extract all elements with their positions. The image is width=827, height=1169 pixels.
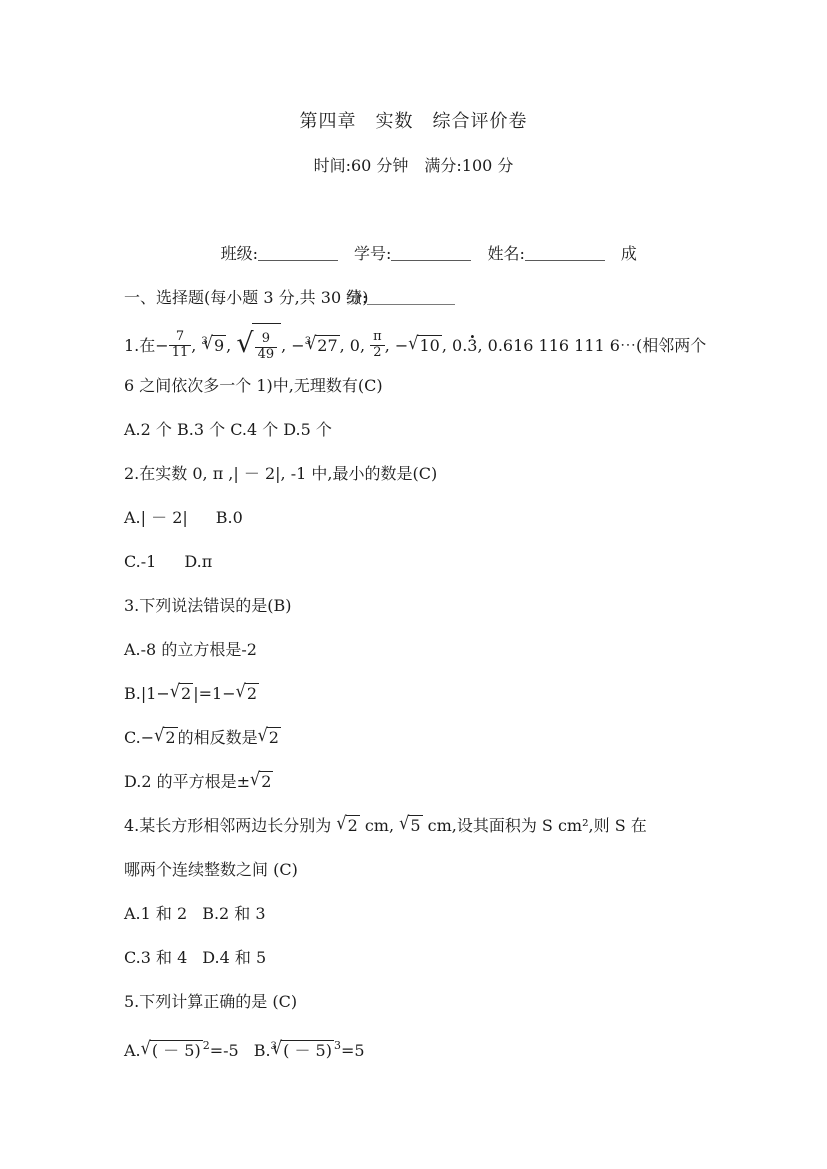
text-run: A.-8 的立方根是-2 [124, 640, 257, 659]
paper-title: 第四章 实数 综合评价卷 [0, 100, 827, 144]
text-run: 一、选择题(每小题 3 分,共 30 分) [124, 288, 368, 307]
superscript-exponent: 2 [203, 1039, 210, 1052]
fraction-denominator: 2 [370, 346, 385, 361]
square-root: √2 [336, 816, 359, 835]
score-blank-line [367, 290, 455, 305]
class-label: 班级: [221, 244, 258, 263]
text-run: B.|1− [124, 684, 170, 703]
text-run: 的相反数是 [178, 728, 258, 747]
radicand: 2 [346, 815, 360, 835]
square-root: √2 [154, 728, 177, 747]
overdot-mark: · [470, 329, 476, 345]
fraction: 711 [169, 330, 192, 361]
student-number-blank-line [391, 246, 471, 261]
radicand: 2 [245, 683, 259, 703]
square-root: √10 [408, 336, 442, 355]
text-run: , − [385, 336, 409, 355]
test-paper-page: 第四章 实数 综合评价卷 时间:60 分钟 满分:100 分 班级:学号:姓名:… [0, 0, 827, 1169]
name-label: 姓名: [487, 244, 524, 263]
class-blank-line [258, 246, 338, 261]
text-run: D.4 和 5 [202, 948, 266, 967]
text-run: D.2 的平方根是± [124, 772, 250, 791]
cube-root: 3√9 [201, 336, 226, 355]
radical-sign: √ [258, 711, 268, 760]
text-run: 6 之间依次多一个 1)中,无理数有(C) [124, 376, 383, 395]
text-run: D.π [184, 552, 212, 571]
root-index: 3 [305, 320, 311, 364]
paper-header: 第四章 实数 综合评价卷 时间:60 分钟 满分:100 分 班级:学号:姓名:… [0, 0, 827, 276]
text-run: B. [254, 1041, 271, 1060]
radical-sign: √ [408, 319, 418, 368]
square-root: √2 [236, 684, 259, 703]
radicand: 27 [315, 335, 339, 355]
radical-sign: √ [250, 755, 260, 804]
text-run: B.2 和 3 [202, 904, 265, 923]
fraction: 949 [255, 332, 278, 363]
square-root: √5 [399, 816, 422, 835]
fraction-numerator: 9 [255, 332, 278, 348]
q3-option-a: A.-8 的立方根是-2 [124, 628, 747, 672]
radicand: 9 [212, 335, 226, 355]
fraction: π2 [370, 330, 385, 361]
radicand: 10 [417, 335, 441, 355]
square-root: √2 [258, 728, 281, 747]
questions-body: 一、选择题(每小题 3 分,共 30 分)1.在−711, 3√9, √949,… [0, 276, 827, 1068]
text-run: , [226, 336, 236, 355]
radicand: 2 [163, 727, 177, 747]
radicand: 2 [259, 771, 273, 791]
text-run: 1.在− [124, 336, 169, 355]
text-run: 5.下列计算正确的是 (C) [124, 992, 297, 1011]
paper-subtitle: 时间:60 分钟 满分:100 分 [0, 144, 827, 188]
radical-sign: √ [154, 711, 164, 760]
text-run: C.− [124, 728, 154, 747]
q2-stem: 2.在实数 0, π ,| － 2|, -1 中,最小的数是(C) [124, 452, 747, 496]
cube-root: 3√27 [305, 336, 340, 355]
cube-root: 3√( － 5) [271, 1041, 334, 1060]
q4-stem-line1: 4.某长方形相邻两边长分别为 √2 cm, √5 cm,设其面积为 S cm²,… [124, 804, 747, 848]
text-run: 3.下列说法错误的是(B) [124, 596, 292, 615]
text-run: , 0, [340, 336, 371, 355]
root-index: 3 [271, 1025, 277, 1069]
q2-options-cd: C.-1D.π [124, 540, 747, 584]
q1-stem-line2: 6 之间依次多一个 1)中,无理数有(C) [124, 364, 747, 408]
text-run: =5 [341, 1041, 365, 1060]
text-run: |=1− [193, 684, 235, 703]
text-run: 4.某长方形相邻两边长分别为 [124, 816, 336, 835]
score-label-part1: 成 [621, 244, 637, 263]
radicand: 2 [179, 683, 193, 703]
q1-stem-line1: 1.在−711, 3√9, √949, −3√27, 0, π2, −√10, … [124, 320, 747, 364]
q5-options-ab: A.√( － 5)2=-5B.3√( － 5)3=5 [124, 1024, 747, 1068]
text-run: , 0. [442, 336, 467, 355]
superscript-exponent: 3 [334, 1039, 341, 1052]
text-run: A.1 和 2 [124, 904, 187, 923]
text-run: C.-1 [124, 552, 156, 571]
radical-sign: √ [236, 667, 246, 716]
radicand: ( － 5) [281, 1040, 334, 1060]
fraction-denominator: 49 [255, 348, 278, 363]
text-run: 哪两个连续整数之间 (C) [124, 860, 298, 879]
fraction-numerator: 7 [169, 330, 192, 346]
fraction-denominator: 11 [169, 346, 192, 361]
student-number-label: 学号: [354, 244, 391, 263]
radical-sign: √ [170, 667, 180, 716]
root-index: 3 [201, 320, 207, 364]
text-run: cm, [360, 816, 399, 835]
q3-stem: 3.下列说法错误的是(B) [124, 584, 747, 628]
radicand: ( － 5) [150, 1040, 203, 1060]
text-run: A.2 个 B.3 个 C.4 个 D.5 个 [124, 420, 332, 439]
radical-sign: √ [399, 799, 409, 848]
text-run: C.3 和 4 [124, 948, 187, 967]
q4-options-cd: C.3 和 4D.4 和 5 [124, 936, 747, 980]
name-blank-line [525, 246, 605, 261]
q3-option-b: B.|1−√2|=1−√2 [124, 672, 747, 716]
text-run: , [191, 336, 201, 355]
q5-stem: 5.下列计算正确的是 (C) [124, 980, 747, 1024]
square-root: √2 [250, 772, 273, 791]
radicand: 5 [408, 815, 422, 835]
radical-sign: √ [141, 1024, 151, 1073]
q1-options: A.2 个 B.3 个 C.4 个 D.5 个 [124, 408, 747, 452]
q2-options-ab: A.| － 2|B.0 [124, 496, 747, 540]
square-root: √2 [170, 684, 193, 703]
q4-stem-line2: 哪两个连续整数之间 (C) [124, 848, 747, 892]
info-row: 班级:学号:姓名:成 [0, 188, 827, 232]
q3-option-c: C.−√2的相反数是√2 [124, 716, 747, 760]
text-run: , − [281, 336, 305, 355]
text-run: =-5 [210, 1041, 239, 1060]
text-run: A.| － 2| [124, 508, 188, 527]
q4-options-ab: A.1 和 2B.2 和 3 [124, 892, 747, 936]
radical-sign: √ [336, 799, 346, 848]
text-run: , 0.616 116 111 6⋯(相邻两个 [477, 336, 706, 355]
recurring-decimal-digit: ·3 [467, 338, 477, 354]
text-run: B.0 [216, 508, 243, 527]
text-run: cm,设其面积为 S cm²,则 S 在 [423, 816, 647, 835]
square-root-of-fraction: √949 [236, 336, 281, 355]
radicand: 949 [252, 323, 282, 370]
fraction-numerator: π [370, 330, 385, 346]
square-root: √( － 5) [141, 1041, 203, 1060]
q3-option-d: D.2 的平方根是±√2 [124, 760, 747, 804]
text-run: 2.在实数 0, π ,| － 2|, -1 中,最小的数是(C) [124, 464, 437, 483]
text-run: A. [124, 1041, 141, 1060]
radicand: 2 [267, 727, 281, 747]
